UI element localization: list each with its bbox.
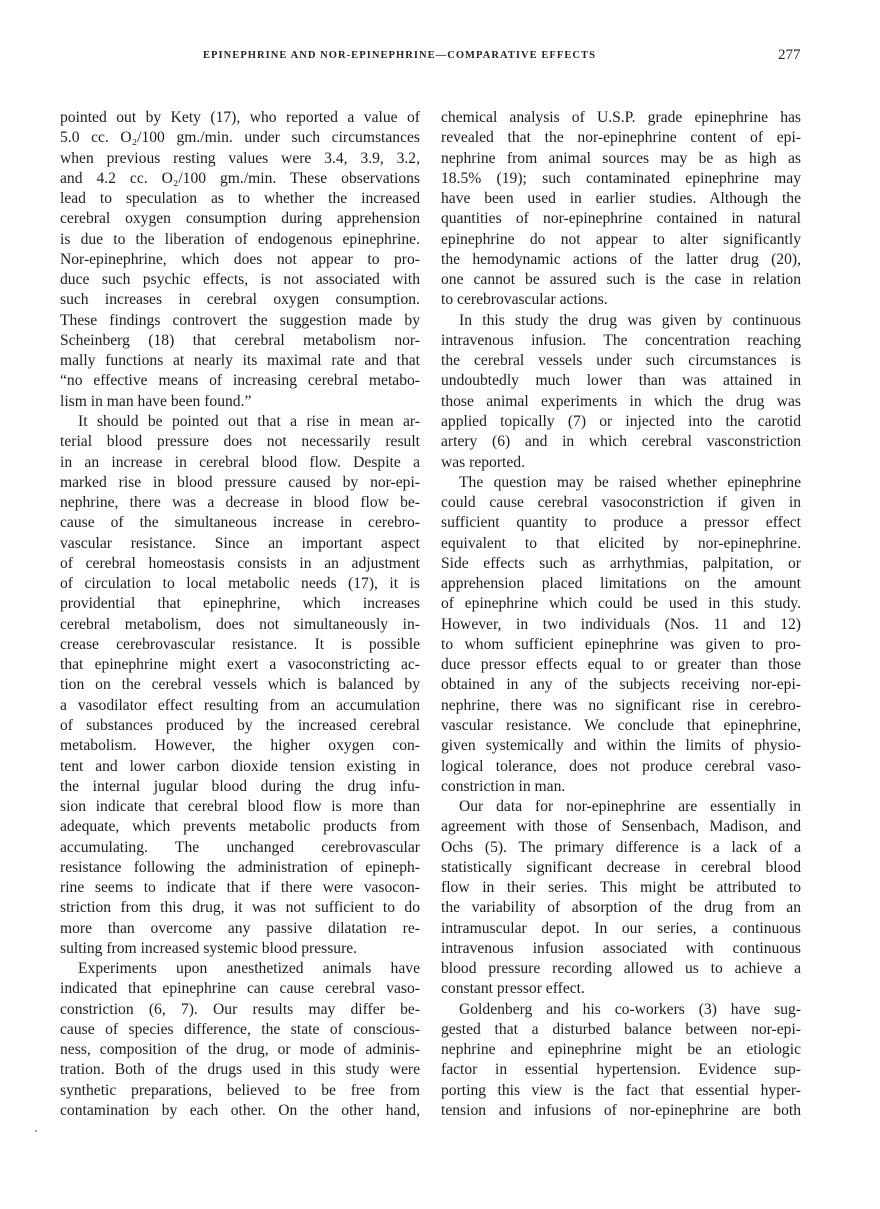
- text-line: given systemically and within the limits…: [441, 736, 801, 756]
- text-line: the variability of absorption of the dru…: [441, 898, 801, 918]
- text-line: a vasodilator effect resulting from an a…: [60, 696, 420, 716]
- text-line: 18.5% (19); such contaminated epinephrin…: [441, 169, 801, 189]
- text-line: logical tolerance, does not produce cere…: [441, 757, 801, 777]
- text-line: one cannot be assured such is the case i…: [441, 270, 801, 290]
- text-line: agreement with those of Sensenbach, Madi…: [441, 817, 801, 837]
- text-line: nephrine, there was no significant rise …: [441, 696, 801, 716]
- text-line: statistically significant decrease in ce…: [441, 858, 801, 878]
- text-line: lism in man have been found.”: [60, 392, 420, 412]
- text-line: sulting from increased systemic blood pr…: [60, 939, 420, 959]
- scan-speck: [35, 1130, 37, 1132]
- text-line: intravenous infusion. The concentration …: [441, 331, 801, 351]
- text-line: 5.0 cc. O₂/100 gm./min. under such circu…: [60, 128, 420, 148]
- text-line: such increases in cerebral oxygen consum…: [60, 290, 420, 310]
- text-line: synthetic preparations, believed to be f…: [60, 1081, 420, 1101]
- text-line: of cerebral homeostasis consists in an a…: [60, 554, 420, 574]
- text-line: obtained in any of the subjects receivin…: [441, 675, 801, 695]
- text-line: contamination by each other. On the othe…: [60, 1101, 420, 1121]
- text-line: Ochs (5). The primary difference is a la…: [441, 838, 801, 858]
- text-line: ness, composition of the drug, or mode o…: [60, 1040, 420, 1060]
- text-line: constant pressor effect.: [441, 979, 801, 999]
- text-line: It should be pointed out that a rise in …: [60, 412, 420, 432]
- text-line: tent and lower carbon dioxide tension ex…: [60, 757, 420, 777]
- text-line: These findings controvert the suggestion…: [60, 311, 420, 331]
- text-line: nephrine from animal sources may be as h…: [441, 149, 801, 169]
- text-line: cause of species difference, the state o…: [60, 1020, 420, 1040]
- text-line: tration. Both of the drugs used in this …: [60, 1060, 420, 1080]
- text-line: crease cerebrovascular resistance. It is…: [60, 635, 420, 655]
- text-line: porting this view is the fact that essen…: [441, 1081, 801, 1101]
- text-line: duce pressor effects equal to or greater…: [441, 655, 801, 675]
- text-line: factor in essential hypertension. Eviden…: [441, 1060, 801, 1080]
- text-line: cerebral oxygen consumption during appre…: [60, 209, 420, 229]
- text-line: Experiments upon anesthetized animals ha…: [60, 959, 420, 979]
- text-line: Goldenberg and his co-workers (3) have s…: [441, 1000, 801, 1020]
- text-line: rine seems to indicate that if there wer…: [60, 878, 420, 898]
- text-line: lead to speculation as to whether the in…: [60, 189, 420, 209]
- text-line: Scheinberg (18) that cerebral metabolism…: [60, 331, 420, 351]
- text-line: duce such psychic effects, is not associ…: [60, 270, 420, 290]
- text-line: apprehension placed limitations on the a…: [441, 574, 801, 594]
- text-line: nephrine, there was a decrease in blood …: [60, 493, 420, 513]
- text-line: revealed that the nor-epinephrine conten…: [441, 128, 801, 148]
- text-line: when previous resting values were 3.4, 3…: [60, 149, 420, 169]
- left-column: pointed out by Kety (17), who reported a…: [60, 108, 420, 1121]
- text-line: to cerebrovascular actions.: [441, 290, 801, 310]
- text-line: blood pressure recording allowed us to a…: [441, 959, 801, 979]
- text-line: equivalent to that elicited by nor-epine…: [441, 534, 801, 554]
- text-line: adequate, which prevents metabolic produ…: [60, 817, 420, 837]
- text-line: and 4.2 cc. O₂/100 gm./min. These observ…: [60, 169, 420, 189]
- text-line: Our data for nor-epinephrine are essenti…: [441, 797, 801, 817]
- text-line: is due to the liberation of endogenous e…: [60, 230, 420, 250]
- text-line: The question may be raised whether epine…: [441, 473, 801, 493]
- text-line: artery (6) and in which cerebral vascons…: [441, 432, 801, 452]
- text-line: undoubtedly much lower than was attained…: [441, 371, 801, 391]
- text-line: tension and infusions of nor-epinephrine…: [441, 1101, 801, 1121]
- text-line: in an increase in cerebral blood flow. D…: [60, 453, 420, 473]
- text-line: “no effective means of increasing cerebr…: [60, 371, 420, 391]
- text-line: However, in two individuals (Nos. 11 and…: [441, 615, 801, 635]
- text-line: Nor-epinephrine, which does not appear t…: [60, 250, 420, 270]
- text-line: striction from this drug, it was not suf…: [60, 898, 420, 918]
- text-line: intravenous infusion associated with con…: [441, 939, 801, 959]
- text-line: indicated that epinephrine can cause cer…: [60, 979, 420, 999]
- text-line: nephrine and epinephrine might be an eti…: [441, 1040, 801, 1060]
- text-line: the cerebral vessels under such circumst…: [441, 351, 801, 371]
- text-line: those animal experiments in which the dr…: [441, 392, 801, 412]
- text-line: cause of the simultaneous increase in ce…: [60, 513, 420, 533]
- right-column: chemical analysis of U.S.P. grade epinep…: [441, 108, 801, 1121]
- text-line: constriction in man.: [441, 777, 801, 797]
- text-line: of substances produced by the increased …: [60, 716, 420, 736]
- text-line: intramuscular depot. In our series, a co…: [441, 919, 801, 939]
- text-line: Side effects such as arrhythmias, palpit…: [441, 554, 801, 574]
- text-line: the internal jugular blood during the dr…: [60, 777, 420, 797]
- text-line: mally functions at nearly its maximal ra…: [60, 351, 420, 371]
- text-line: of epinephrine which could be used in th…: [441, 594, 801, 614]
- text-line: the hemodynamic actions of the latter dr…: [441, 250, 801, 270]
- text-line: accumulating. The unchanged cerebrovascu…: [60, 838, 420, 858]
- text-line: In this study the drug was given by cont…: [441, 311, 801, 331]
- text-line: have been used in earlier studies. Altho…: [441, 189, 801, 209]
- text-line: metabolism. However, the higher oxygen c…: [60, 736, 420, 756]
- page-number: 277: [778, 47, 801, 64]
- text-line: that epinephrine might exert a vasoconst…: [60, 655, 420, 675]
- text-line: resistance following the administration …: [60, 858, 420, 878]
- text-line: of circulation to local metabolic needs …: [60, 574, 420, 594]
- text-line: could cause cerebral vasoconstriction if…: [441, 493, 801, 513]
- text-line: pointed out by Kety (17), who reported a…: [60, 108, 420, 128]
- text-line: applied topically (7) or injected into t…: [441, 412, 801, 432]
- running-title: EPINEPHRINE AND NOR-EPINEPHRINE—COMPARAT…: [203, 50, 596, 61]
- text-line: cerebral metabolism, does not simultaneo…: [60, 615, 420, 635]
- text-line: was reported.: [441, 453, 801, 473]
- text-line: sufficient quantity to produce a pressor…: [441, 513, 801, 533]
- text-line: tion on the cerebral vessels which is ba…: [60, 675, 420, 695]
- text-line: vascular resistance. We conclude that ep…: [441, 716, 801, 736]
- text-line: marked rise in blood pressure caused by …: [60, 473, 420, 493]
- text-line: vascular resistance. Since an important …: [60, 534, 420, 554]
- text-line: more than overcome any passive dilatatio…: [60, 919, 420, 939]
- text-line: epinephrine do not appear to alter signi…: [441, 230, 801, 250]
- text-line: constriction (6, 7). Our results may dif…: [60, 1000, 420, 1020]
- text-line: providential that epinephrine, which inc…: [60, 594, 420, 614]
- text-line: sion indicate that cerebral blood flow i…: [60, 797, 420, 817]
- text-line: chemical analysis of U.S.P. grade epinep…: [441, 108, 801, 128]
- text-line: terial blood pressure does not necessari…: [60, 432, 420, 452]
- text-line: gested that a disturbed balance between …: [441, 1020, 801, 1040]
- text-line: quantities of nor-epinephrine contained …: [441, 209, 801, 229]
- running-head: EPINEPHRINE AND NOR-EPINEPHRINE—COMPARAT…: [0, 47, 880, 67]
- text-line: to whom sufficient epinephrine was given…: [441, 635, 801, 655]
- text-line: flow in their series. This might be attr…: [441, 878, 801, 898]
